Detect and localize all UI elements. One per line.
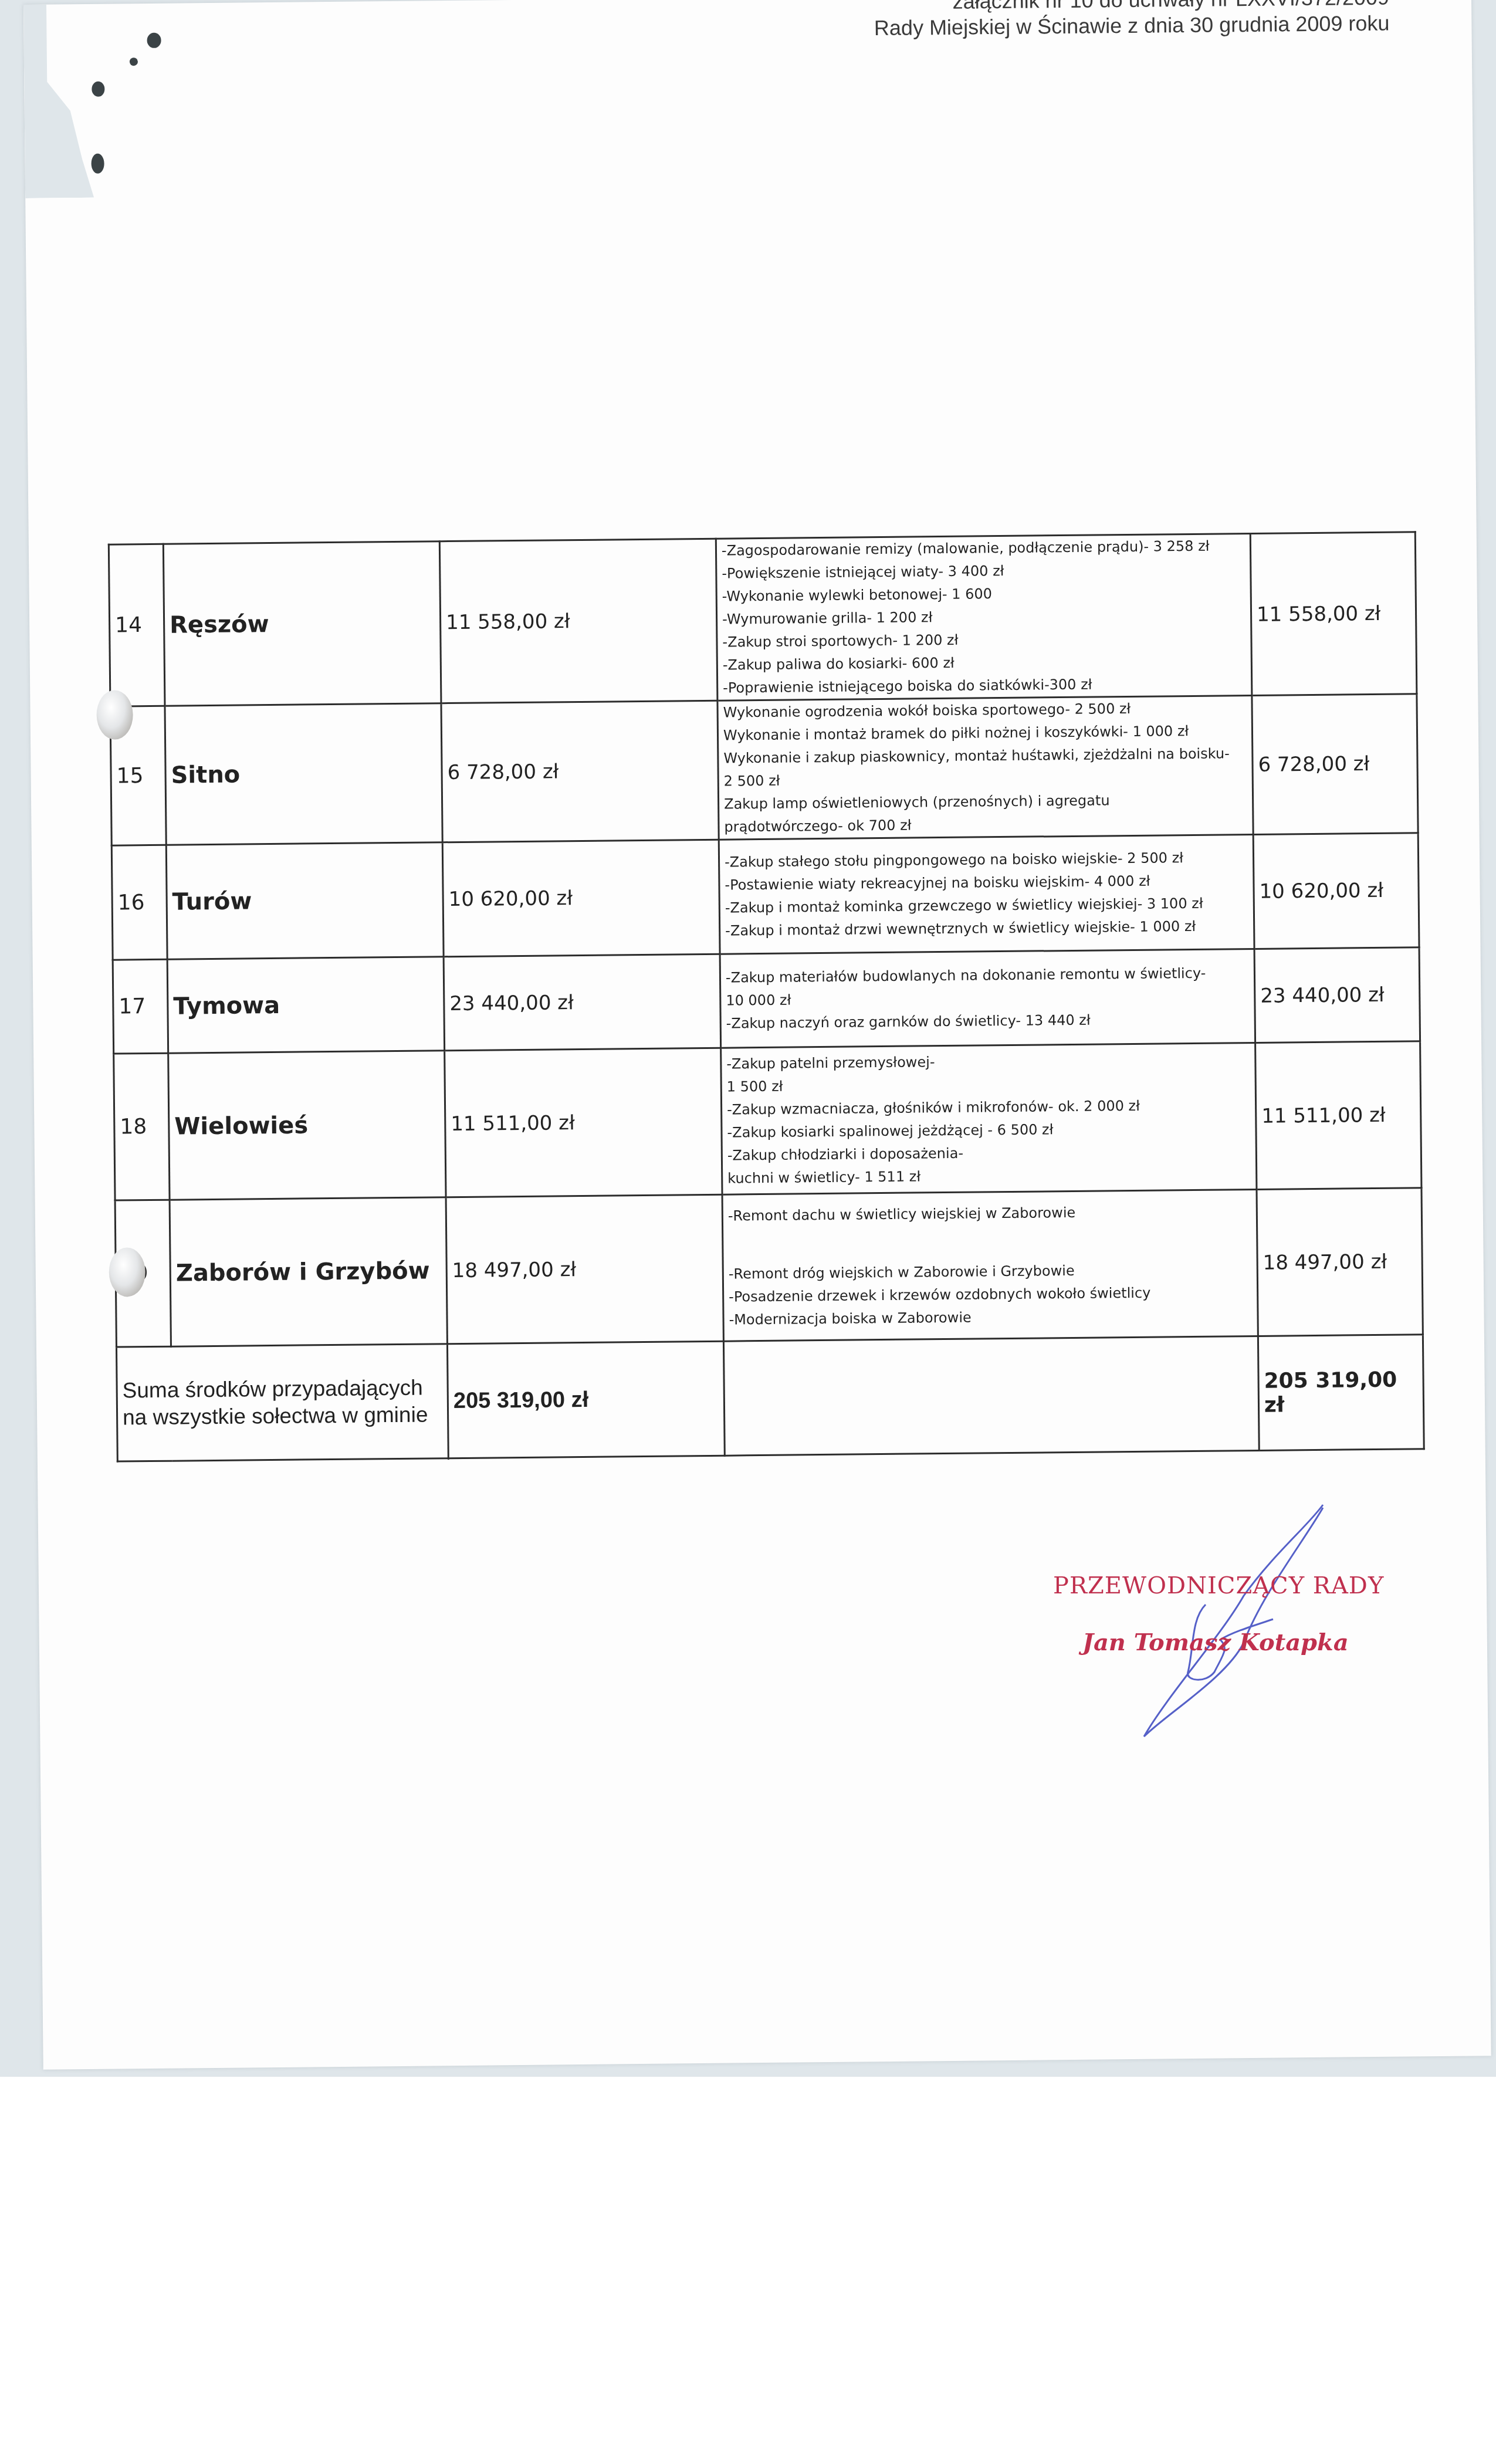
stamp-title: PRZEWODNICZĄCY RADY [1053, 1572, 1384, 1599]
table-row: 16Turów10 620,00 zł-Zakup stałego stołu … [111, 833, 1419, 960]
village-name: Sitno [165, 703, 442, 845]
task-item: -Poprawienie istniejącego boiska do siat… [723, 672, 1246, 700]
document-header: załącznik nr 10 do uchwały nr LXXVI/372/… [874, 0, 1389, 41]
village-name: Tymowa [167, 957, 445, 1054]
task-item: kuchni w świetlicy- 1 511 zł [727, 1162, 1251, 1190]
staple-hole [147, 33, 161, 48]
allocated-amount: 10 620,00 zł [442, 840, 720, 957]
allocated-amount: 23 440,00 zł [444, 954, 721, 1051]
table-row: 18Wielowieś11 511,00 zł-Zakup patelni pr… [114, 1041, 1421, 1200]
task-total: 18 497,00 zł [1257, 1188, 1423, 1336]
task-item: prądotwórczego- ok 700 zł [724, 811, 1247, 839]
planned-tasks: -Zakup patelni przemysłowej-1 500 zł-Zak… [721, 1043, 1257, 1194]
row-number: 16 [111, 845, 167, 960]
sum-amount: 205 319,00 zł [447, 1341, 725, 1458]
table-row: 19Zaborów i Grzybów18 497,00 zł-Remont d… [115, 1188, 1423, 1347]
planned-tasks: -Remont dachu w świetlicy wiejskiej w Za… [722, 1189, 1258, 1341]
sum-total: 205 319,00 zł [1258, 1335, 1424, 1451]
torn-corner [23, 4, 101, 198]
planned-tasks: -Zagospodarowanie remizy (malowanie, pod… [716, 533, 1252, 700]
village-name: Zaborów i Grzybów [170, 1197, 447, 1347]
table-row: 15Sitno6 728,00 złWykonanie ogrodzenia w… [110, 694, 1418, 845]
staple-hole [91, 154, 104, 174]
allocated-amount: 11 511,00 zł [445, 1048, 722, 1197]
sum-tasks-empty [723, 1336, 1259, 1456]
task-total: 23 440,00 zł [1254, 947, 1420, 1043]
task-total: 6 728,00 zł [1252, 694, 1418, 835]
planned-tasks: -Zakup materiałów budowlanych na dokonan… [720, 949, 1255, 1048]
staple-hole [130, 57, 138, 66]
allocated-amount: 6 728,00 zł [441, 700, 719, 842]
village-name: Ręszów [163, 541, 441, 706]
row-number: 18 [114, 1053, 170, 1200]
sum-label: Suma środków przypadającychna wszystkie … [116, 1344, 448, 1461]
sum-row: Suma środków przypadającychna wszystkie … [116, 1335, 1424, 1461]
village-name: Turów [166, 842, 444, 960]
chairman-stamp: PRZEWODNICZĄCY RADY Jan Tomasz Kotapka [1053, 1572, 1384, 1656]
task-item: -Modernizacja boiska w Zaborowie [729, 1303, 1252, 1331]
allocated-amount: 11 558,00 zł [439, 539, 717, 703]
planned-tasks: -Zakup stałego stołu pingpongowego na bo… [719, 834, 1254, 954]
binder-pin-top [96, 690, 133, 740]
task-total: 11 558,00 zł [1250, 532, 1417, 696]
allocated-amount: 18 497,00 zł [446, 1194, 723, 1344]
table-row: 17Tymowa23 440,00 zł-Zakup materiałów bu… [113, 947, 1420, 1054]
sum-label-line: Suma środków przypadających [122, 1374, 442, 1404]
row-number: 17 [113, 959, 168, 1054]
sum-label-line: na wszystkie sołectwa w gminie [123, 1401, 442, 1431]
stamp-name: Jan Tomasz Kotapka [1082, 1629, 1384, 1656]
task-item: -Zakup naczyń oraz garnków do świetlicy-… [726, 1007, 1250, 1035]
staple-hole [92, 82, 104, 97]
village-name: Wielowieś [168, 1051, 446, 1200]
task-total: 11 511,00 zł [1255, 1041, 1421, 1190]
binder-pin-bottom [109, 1247, 145, 1297]
header-line-2: Rady Miejskiej w Ścinawie z dnia 30 grud… [874, 11, 1390, 41]
row-number: 14 [109, 544, 165, 706]
table-row: 14Ręszów11 558,00 zł-Zagospodarowanie re… [109, 532, 1417, 706]
task-total: 10 620,00 zł [1253, 833, 1419, 949]
task-item [728, 1223, 1252, 1263]
planned-tasks: Wykonanie ogrodzenia wokół boiska sporto… [717, 695, 1253, 840]
document-page: załącznik nr 10 do uchwały nr LXXVI/372/… [23, 0, 1491, 2070]
task-item: -Zakup i montaż drzwi wewnętrznych w świ… [725, 915, 1248, 943]
budget-table: 14Ręszów11 558,00 zł-Zagospodarowanie re… [108, 531, 1425, 1462]
